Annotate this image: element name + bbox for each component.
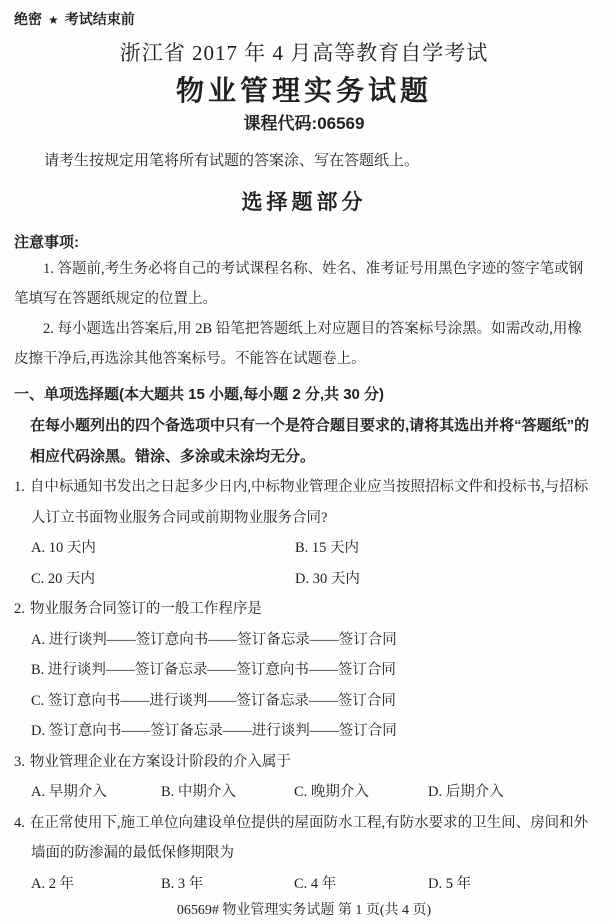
option-d: D. 5 年 bbox=[428, 869, 594, 900]
option-a: A. 2 年 bbox=[31, 869, 161, 900]
notice-item-2: 2. 每小题选出答案后,用 2B 铅笔把答题纸上对应题目的答案标号涂黑。如需改动… bbox=[14, 314, 594, 374]
notice-heading: 注意事项: bbox=[14, 232, 594, 254]
option-c: C. 晚期介入 bbox=[294, 777, 428, 808]
question-number: 2. bbox=[14, 601, 30, 617]
exam-paper-page: 绝密★考试结束前 浙江省 2017 年 4 月高等教育自学考试 物业管理实务试题… bbox=[0, 0, 610, 922]
question-stem: 物业服务合同签订的一般工作程序是 bbox=[30, 601, 262, 617]
option-b: B. 3 年 bbox=[161, 869, 294, 900]
question-2: 2.物业服务合同签订的一般工作程序是 A. 进行谈判——签订意向书——签订备忘录… bbox=[14, 594, 594, 747]
exam-session-title: 浙江省 2017 年 4 月高等教育自学考试 bbox=[14, 38, 594, 68]
option-b: B. 中期介入 bbox=[161, 777, 294, 808]
option-d: D. 后期介入 bbox=[428, 777, 594, 808]
question-4: 4.在正常使用下,施工单位向建设单位提供的屋面防水工程,有防水要求的卫生间、房间… bbox=[14, 808, 594, 900]
option-b: B. 进行谈判——签订备忘录——签订意向书——签订合同 bbox=[31, 655, 594, 686]
question-stem: 自中标通知书发出之日起多少日内,中标物业管理企业应当按照招标文件和投标书,与招标… bbox=[30, 479, 588, 526]
secrecy-label: 绝密 bbox=[14, 11, 42, 27]
option-b: B. 15 天内 bbox=[295, 533, 594, 564]
question-number: 4. bbox=[14, 815, 30, 831]
notice-item-1: 1. 答题前,考生务必将自己的考试课程名称、姓名、准考证号用黑色字迹的签字笔或钢… bbox=[14, 254, 594, 314]
question-1-text: 1.自中标通知书发出之日起多少日内,中标物业管理企业应当按照招标文件和投标书,与… bbox=[14, 472, 594, 533]
question-4-options: A. 2 年 B. 3 年 C. 4 年 D. 5 年 bbox=[31, 869, 594, 900]
page-footer: 06569# 物业管理实务试题 第 1 页(共 4 页) bbox=[14, 901, 594, 921]
option-c: C. 签订意向书——进行谈判——签订备忘录——签订合同 bbox=[31, 686, 594, 717]
option-c: C. 4 年 bbox=[294, 869, 428, 900]
option-d: D. 签订意向书——签订备忘录——进行谈判——签订合同 bbox=[31, 716, 594, 747]
answer-sheet-instruction: 请考生按规定用笔将所有试题的答案涂、写在答题纸上。 bbox=[14, 150, 594, 172]
secrecy-banner: 绝密★考试结束前 bbox=[14, 10, 594, 30]
part-one-heading: 一、单项选择题(本大题共 15 小题,每小题 2 分,共 30 分) bbox=[14, 380, 594, 410]
question-1: 1.自中标通知书发出之日起多少日内,中标物业管理企业应当按照招标文件和投标书,与… bbox=[14, 472, 594, 594]
exam-timing-label: 考试结束前 bbox=[65, 11, 135, 27]
question-number: 3. bbox=[14, 754, 30, 770]
question-4-text: 4.在正常使用下,施工单位向建设单位提供的屋面防水工程,有防水要求的卫生间、房间… bbox=[14, 808, 594, 869]
choice-section-title: 选择题部分 bbox=[14, 188, 594, 218]
option-a: A. 早期介入 bbox=[31, 777, 161, 808]
course-code: 课程代码:06569 bbox=[14, 112, 594, 136]
question-stem: 在正常使用下,施工单位向建设单位提供的屋面防水工程,有防水要求的卫生间、房间和外… bbox=[30, 815, 588, 862]
question-stem: 物业管理企业在方案设计阶段的介入属于 bbox=[30, 754, 291, 770]
option-a: A. 10 天内 bbox=[31, 533, 295, 564]
option-a: A. 进行谈判——签订意向书——签订备忘录——签订合同 bbox=[31, 625, 594, 656]
question-3-options: A. 早期介入 B. 中期介入 C. 晚期介入 D. 后期介入 bbox=[31, 777, 594, 808]
question-2-options: A. 进行谈判——签订意向书——签订备忘录——签订合同 B. 进行谈判——签订备… bbox=[31, 625, 594, 747]
question-2-text: 2.物业服务合同签订的一般工作程序是 bbox=[14, 594, 594, 625]
option-d: D. 30 天内 bbox=[295, 564, 594, 595]
paper-title: 物业管理实务试题 bbox=[14, 72, 594, 110]
star-icon: ★ bbox=[42, 13, 65, 27]
question-3-text: 3.物业管理企业在方案设计阶段的介入属于 bbox=[14, 747, 594, 778]
option-c: C. 20 天内 bbox=[31, 564, 295, 595]
question-number: 1. bbox=[14, 479, 30, 495]
question-1-options: A. 10 天内 B. 15 天内 C. 20 天内 D. 30 天内 bbox=[31, 533, 594, 594]
question-3: 3.物业管理企业在方案设计阶段的介入属于 A. 早期介入 B. 中期介入 C. … bbox=[14, 747, 594, 808]
part-one-instructions: 在每小题列出的四个备选项中只有一个是符合题目要求的,请将其选出并将“答题纸”的相… bbox=[30, 410, 594, 472]
